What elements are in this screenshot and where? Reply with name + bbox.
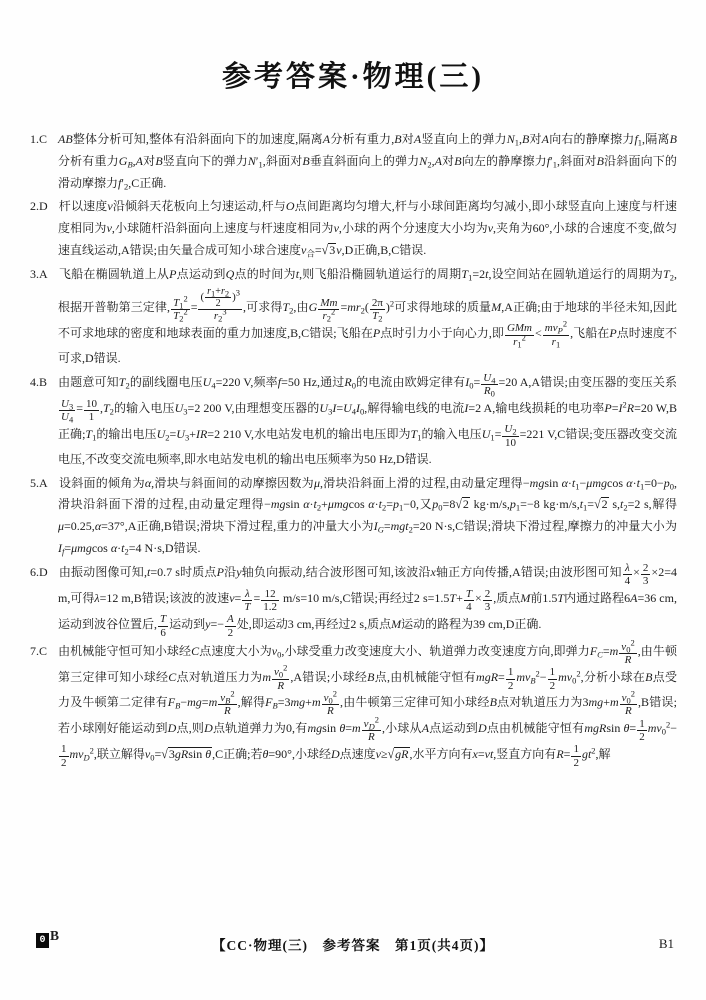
- answer-item: 5.A设斜面的倾角为α,滑块与斜面间的动摩擦因数为μ,滑块沿斜面上滑的过程,由动…: [30, 473, 677, 560]
- answer-number: 7.C: [30, 644, 47, 658]
- answer-number: 5.A: [30, 476, 48, 490]
- answer-number: 3.A: [30, 267, 48, 281]
- footer-page-code: B1: [659, 936, 674, 952]
- answer-text: 飞船在椭圆轨道上从P点运动到Q点的时间为t,则飞船沿椭圆轨道运行的周期T1=2t…: [58, 267, 677, 365]
- answer-text: 由振动图像可知,t=0.7 s时质点P沿y轴负向振动,结合波形图可知,该波沿x轴…: [58, 565, 677, 630]
- answer-text: AB整体分析可知,整体有沿斜面向下的加速度,隔离A分析有重力,B对A竖直向上的弹…: [58, 132, 677, 190]
- page-footer: 0B 【CC·物理(三) 参考答案 第1页(共4页)】 B1: [0, 934, 706, 956]
- answer-text: 由题意可知T2的副线圈电压U4=220 V,频率f=50 Hz,通过R0的电流由…: [58, 375, 677, 465]
- answers-list: 1.CAB整体分析可知,整体有沿斜面向下的加速度,隔离A分析有重力,B对A竖直向…: [0, 129, 706, 769]
- answer-item: 4.B由题意可知T2的副线圈电压U4=220 V,频率f=50 Hz,通过R0的…: [30, 372, 677, 471]
- answer-item: 2.D杆以速度v沿倾斜天花板向上匀速运动,杆与O点间距离均匀增大,杆与小球间距离…: [30, 196, 677, 261]
- answer-text: 设斜面的倾角为α,滑块与斜面间的动摩擦因数为μ,滑块沿斜面上滑的过程,由动量定理…: [58, 476, 677, 555]
- answer-item: 3.A飞船在椭圆轨道上从P点运动到Q点的时间为t,则飞船沿椭圆轨道运行的周期T1…: [30, 264, 677, 370]
- page-title: 参考答案·物理(三): [0, 0, 706, 95]
- answer-number: 1.C: [30, 132, 47, 146]
- answer-text: 由机械能守恒可知小球经C点速度大小为v0,小球受重力改变速度大小、轨道弹力改变速…: [58, 644, 677, 761]
- answer-number: 4.B: [30, 375, 47, 389]
- answer-item: 6.D由振动图像可知,t=0.7 s时质点P沿y轴负向振动,结合波形图可知,该波…: [30, 562, 677, 639]
- answer-number: 6.D: [30, 565, 48, 579]
- answer-item: 1.CAB整体分析可知,整体有沿斜面向下的加速度,隔离A分析有重力,B对A竖直向…: [30, 129, 677, 194]
- answer-item: 7.C由机械能守恒可知小球经C点速度大小为v0,小球受重力改变速度大小、轨道弹力…: [30, 641, 677, 769]
- footer-title: 【CC·物理(三) 参考答案 第1页(共4页)】: [0, 934, 706, 954]
- answer-number: 2.D: [30, 199, 48, 213]
- answer-text: 杆以速度v沿倾斜天花板向上匀速运动,杆与O点间距离均匀增大,杆与小球间距离均匀减…: [58, 199, 677, 257]
- answer-sheet-page: 参考答案·物理(三) 1.CAB整体分析可知,整体有沿斜面向下的加速度,隔离A分…: [0, 0, 706, 1000]
